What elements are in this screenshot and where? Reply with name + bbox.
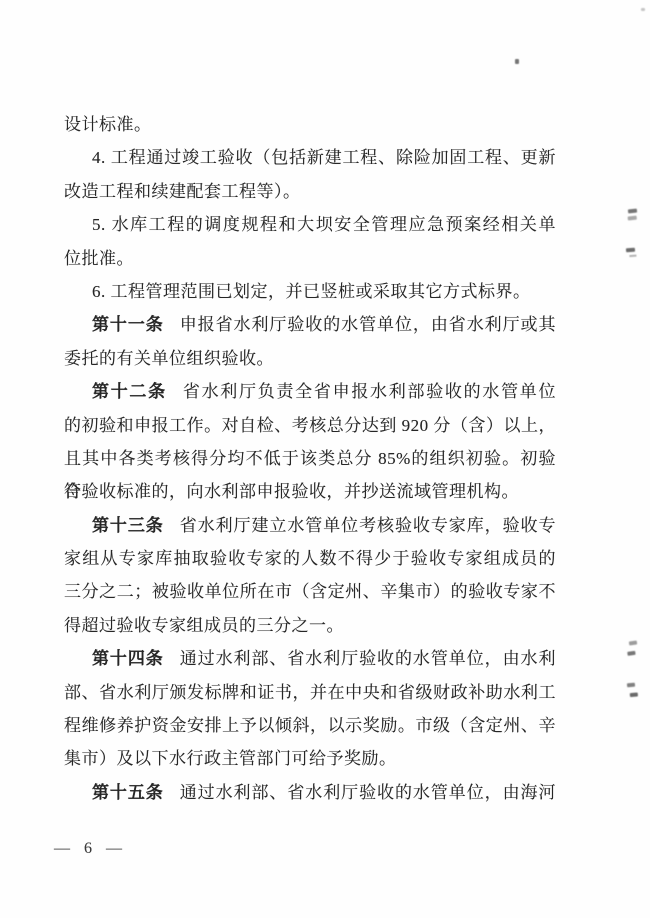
text-line: 得超过验收专家组成员的三分之一。 [64,609,556,642]
text-line: 合验收标准的，向水利部申报验收，并抄送流域管理机构。 [64,475,556,508]
document-body: 设计标准。 4. 工程通过竣工验收（包括新建工程、除险加固工程、更新 改造工程和… [64,108,556,809]
scan-artifact [626,248,635,253]
text-line: 第十一条申报省水利厅验收的水管单位，由省水利厅或其 [64,308,556,341]
page-number: — 6 — [54,840,127,858]
scan-artifact [629,640,637,645]
scan-artifact [628,209,637,214]
text-line: 集市）及以下水行政主管部门可给予奖励。 [64,742,556,775]
text-line: 5. 水库工程的调度规程和大坝安全管理应急预案经相关单 [64,208,556,241]
scan-artifact [641,8,645,11]
text-line: 第十四条通过水利部、省水利厅验收的水管单位，由水利 [64,642,556,675]
text-line: 第十三条省水利厅建立水管单位考核验收专家库，验收专 [64,509,556,542]
document-page: 设计标准。 4. 工程通过竣工验收（包括新建工程、除险加固工程、更新 改造工程和… [0,0,650,918]
text-line: 委托的有关单位组织验收。 [64,342,556,375]
scan-artifact [515,59,519,64]
text-line: 第十二条省水利厅负责全省申报水利部验收的水管单位 [64,375,556,408]
article-number: 第十二条 [92,382,167,401]
text-line: 第十五条通过水利部、省水利厅验收的水管单位，由海河 [64,776,556,809]
text-line: 三分之二；被验收单位所在市（含定州、辛集市）的验收专家不 [64,575,556,608]
text-line: 位批准。 [64,242,556,275]
text-line: 家组从专家库抽取验收专家的人数不得少于验收专家组成员的 [64,542,556,575]
scan-artifact [627,683,635,688]
article-number: 第十四条 [92,649,164,668]
text-line: 4. 工程通过竣工验收（包括新建工程、除险加固工程、更新 [64,141,556,174]
text-line: 设计标准。 [64,108,556,141]
text-line: 6. 工程管理范围已划定，并已竖桩或采取其它方式标界。 [64,275,556,308]
text-line: 部、省水利厅颁发标牌和证书，并在中央和省级财政补助水利工 [64,676,556,709]
text-line: 且其中各类考核得分均不低于该类总分 85%的组织初验。初验符 [64,442,556,475]
text-line: 程维修养护资金安排上予以倾斜，以示奖励。市级（含定州、辛 [64,709,556,742]
article-number: 第十五条 [92,783,164,802]
article-number: 第十三条 [92,516,164,535]
article-number: 第十一条 [92,315,164,334]
text-line: 的初验和申报工作。对自检、考核总分达到 920 分（含）以上， [64,409,556,442]
text-line: 改造工程和续建配套工程等）。 [64,175,556,208]
